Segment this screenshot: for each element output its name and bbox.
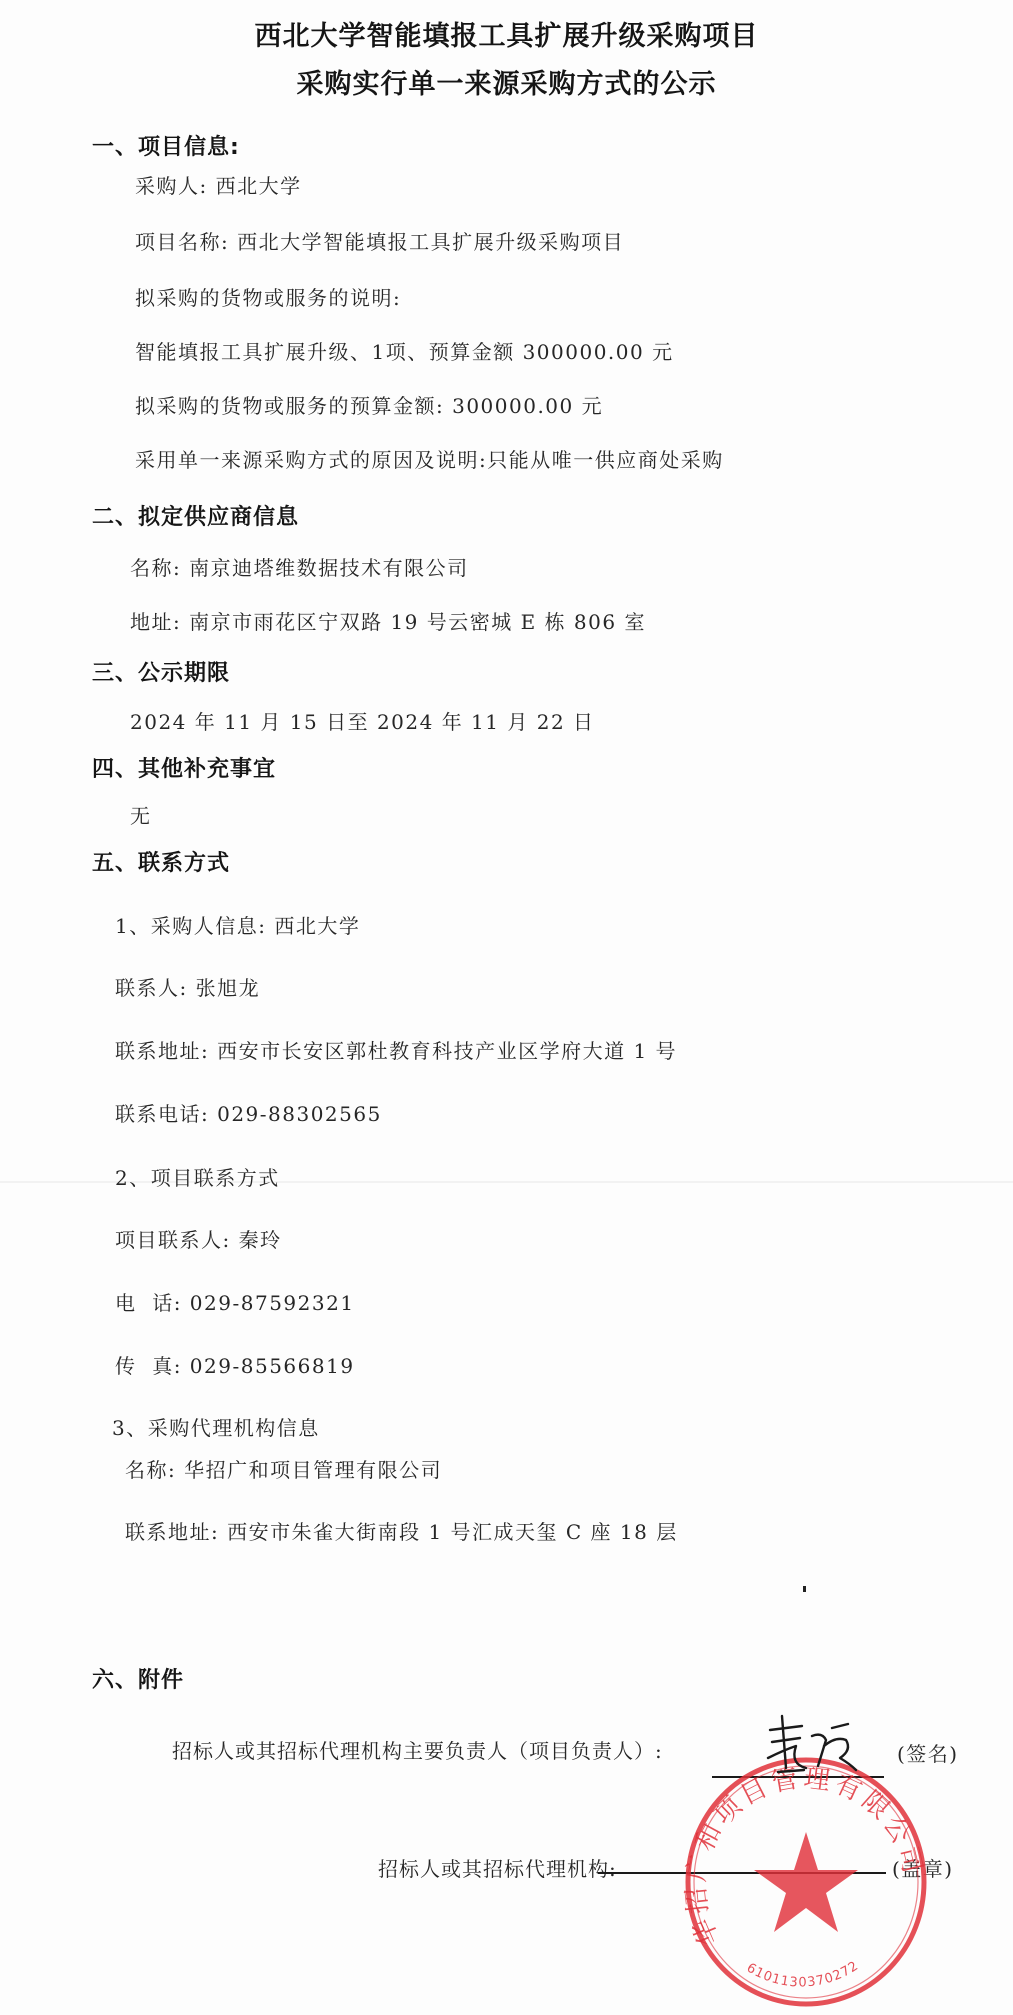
project-fax-line: 传 真: 029-85566819 — [115, 1350, 355, 1379]
project-phone-line: 电 话: 029-87592321 — [115, 1287, 355, 1316]
section-1-heading: 一、项目信息: — [92, 130, 240, 161]
document-title-line1: 西北大学智能填报工具扩展升级采购项目 — [0, 14, 1013, 53]
purchaser-contact-address-line: 联系地址: 西安市长安区郭杜教育科技产业区学府大道 1 号 — [115, 1035, 677, 1064]
purchaser-phone-line: 联系电话: 029-88302565 — [115, 1098, 382, 1127]
project-contact-subheading: 2、项目联系方式 — [115, 1162, 280, 1191]
supplementary-none-line: 无 — [130, 800, 152, 829]
section-6-heading: 六、附件 — [92, 1663, 184, 1694]
budget-amount-line: 拟采购的货物或服务的预算金额: 300000.00 元 — [135, 390, 603, 419]
agency-address-line: 联系地址: 西安市朱雀大街南段 1 号汇成天玺 C 座 18 层 — [125, 1516, 678, 1545]
agency-name-line: 名称: 华招广和项目管理有限公司 — [125, 1454, 442, 1483]
supplier-address-line: 地址: 南京市雨花区宁双路 19 号云密城 E 栋 806 室 — [130, 606, 646, 635]
purchaser-contact-person-line: 联系人: 张旭龙 — [115, 972, 260, 1001]
single-source-reason-line: 采用单一来源采购方式的原因及说明:只能从唯一供应商处采购 — [135, 444, 724, 473]
svg-text:6101130370272: 6101130370272 — [744, 1958, 862, 1990]
seal-star-icon — [754, 1832, 858, 1932]
goods-description-line: 智能填报工具扩展升级、1项、预算金额 300000.00 元 — [135, 336, 674, 365]
purchaser-line: 采购人: 西北大学 — [135, 170, 302, 199]
document-title-line2: 采购实行单一来源采购方式的公示 — [0, 62, 1013, 101]
agency-seal-label: 招标人或其招标代理机构: — [378, 1853, 617, 1882]
goods-description-label: 拟采购的货物或服务的说明: — [135, 282, 401, 311]
agency-info-subheading: 3、采购代理机构信息 — [112, 1412, 320, 1441]
seal-code-text: 6101130370272 — [744, 1958, 862, 1990]
handwritten-signature — [760, 1706, 870, 1781]
responsible-person-label: 招标人或其招标代理机构主要负责人（项目负责人）: — [172, 1735, 663, 1764]
supplier-name-line: 名称: 南京迪塔维数据技术有限公司 — [130, 552, 469, 581]
section-4-heading: 四、其他补充事宜 — [92, 752, 276, 783]
section-5-heading: 五、联系方式 — [92, 846, 230, 877]
notice-period-line: 2024 年 11 月 15 日至 2024 年 11 月 22 日 — [130, 706, 595, 735]
section-2-heading: 二、拟定供应商信息 — [92, 500, 299, 531]
scan-speck — [803, 1586, 806, 1592]
section-3-heading: 三、公示期限 — [92, 656, 230, 687]
project-contact-person-line: 项目联系人: 秦玲 — [115, 1224, 282, 1253]
company-seal-stamp: 华招广和项目管理有限公司 6101130370272 — [668, 1750, 938, 2010]
document-page: 西北大学智能填报工具扩展升级采购项目 采购实行单一来源采购方式的公示 一、项目信… — [0, 0, 1013, 2015]
purchaser-info-subheading: 1、采购人信息: 西北大学 — [115, 910, 360, 939]
project-name-line: 项目名称: 西北大学智能填报工具扩展升级采购项目 — [135, 226, 624, 255]
